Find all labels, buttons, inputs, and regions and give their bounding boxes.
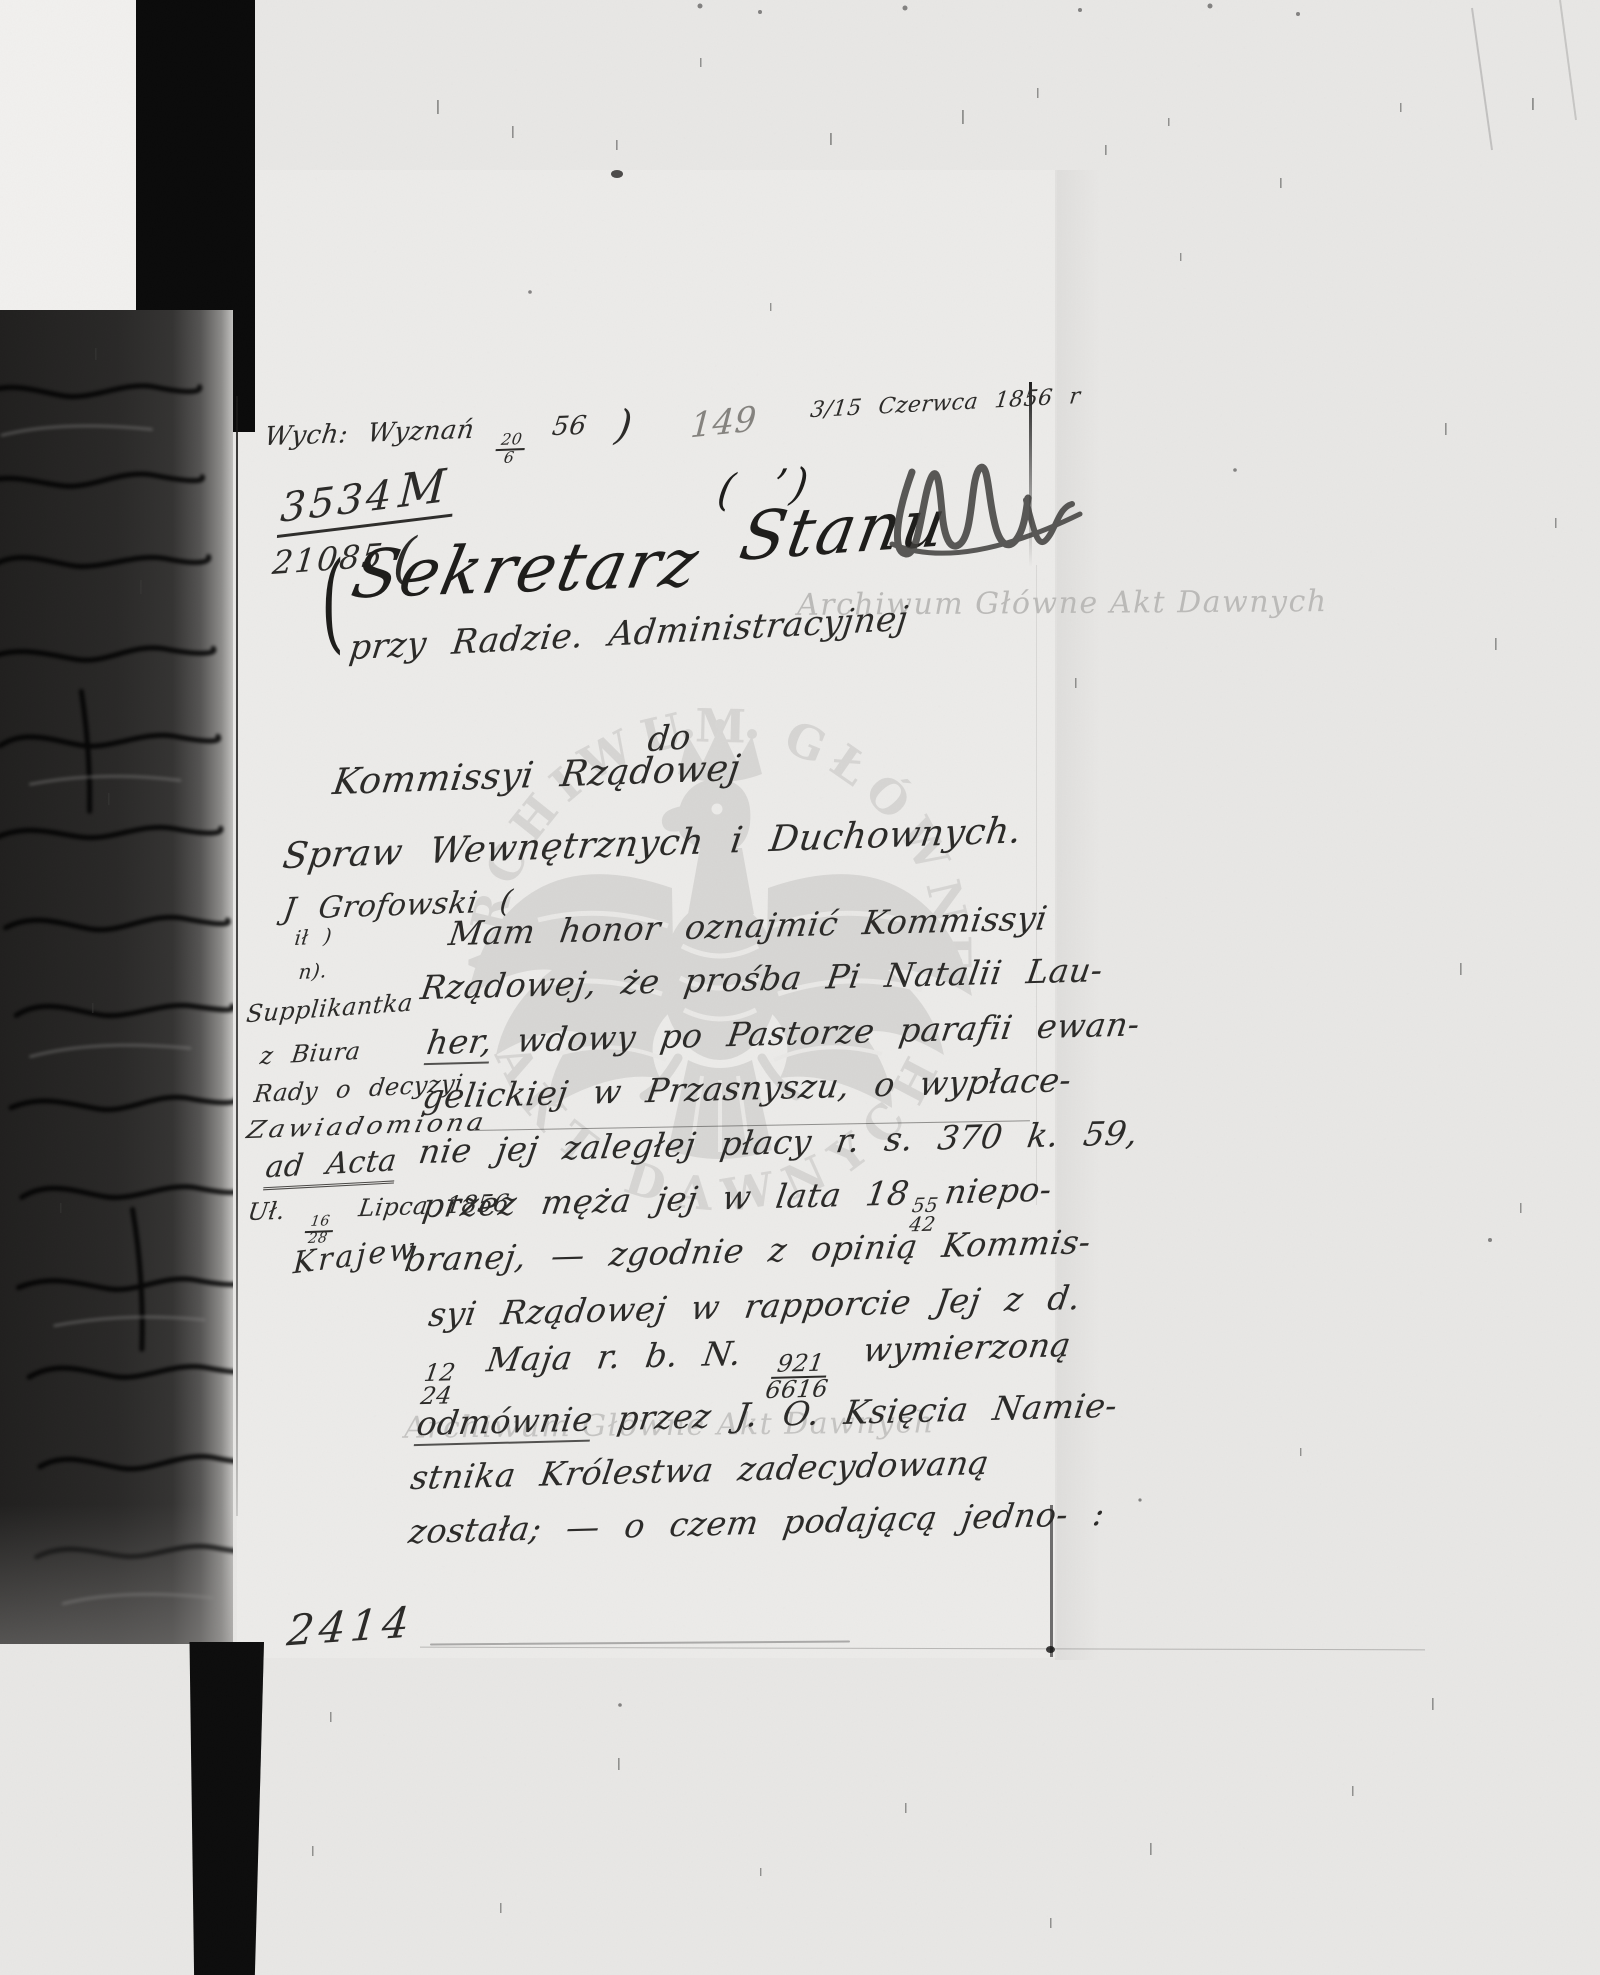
- archival-scan: ARCHIWUM GŁÓWNE AKT DAWNYCH: [0, 0, 1600, 1975]
- scratch-marks: [0, 0, 1600, 1975]
